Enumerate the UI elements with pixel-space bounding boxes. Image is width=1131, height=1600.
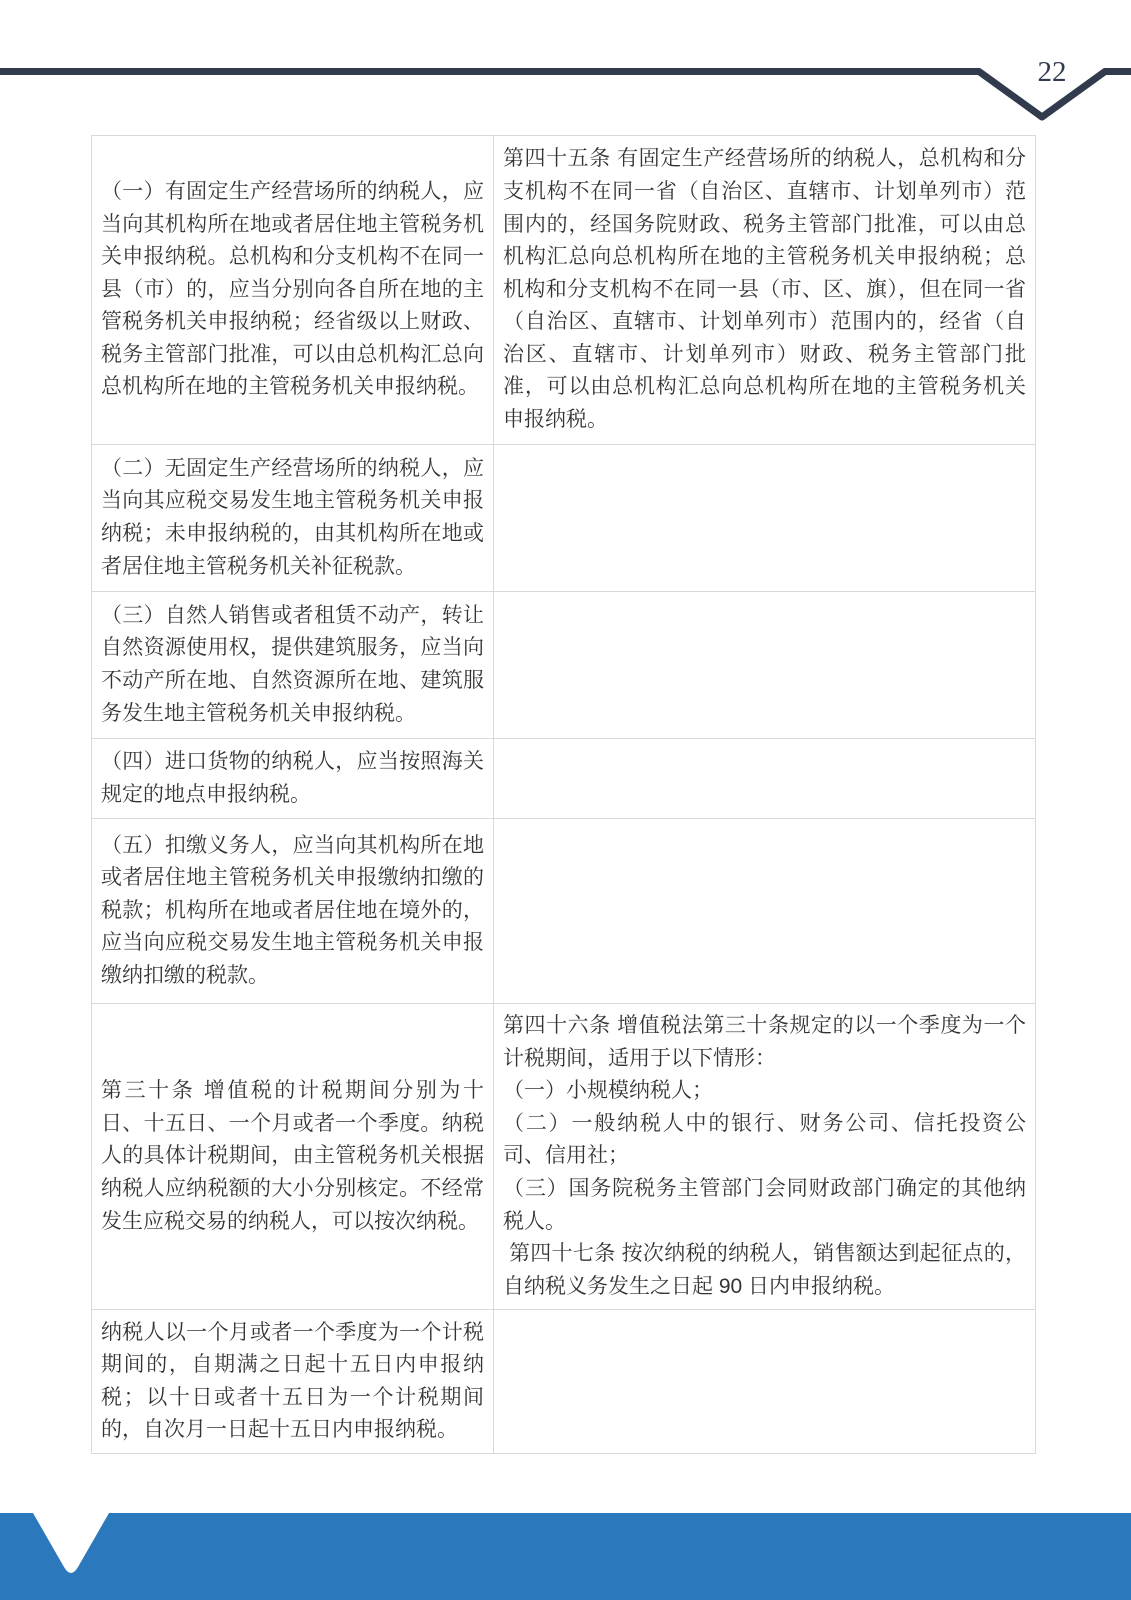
comparison-table: （一）有固定生产经营场所的纳税人，应当向其机构所在地或者居住地主管税务机关申报纳… [91,135,1036,1454]
table-row: （四）进口货物的纳税人，应当按照海关规定的地点申报纳税。 [92,739,1036,819]
top-rule-decoration [0,0,1131,135]
right-cell [494,592,1036,739]
left-cell: （三）自然人销售或者租赁不动产，转让自然资源使用权，提供建筑服务，应当向不动产所… [92,592,494,739]
table-row: 纳税人以一个月或者一个季度为一个计税期间的，自期满之日起十五日内申报纳税；以十日… [92,1310,1036,1454]
table-row: 第三十条 增值税的计税期间分别为十日、十五日、一个月或者一个季度。纳税人的具体计… [92,1004,1036,1310]
page-number: 22 [1026,56,1078,88]
right-cell: 第四十五条 有固定生产经营场所的纳税人，总机构和分支机构不在同一省（自治区、直辖… [494,136,1036,445]
table-row: （五）扣缴义务人，应当向其机构所在地或者居住地主管税务机关申报缴纳扣缴的税款；机… [92,819,1036,1004]
clause-text: （三）国务院税务主管部门会同财政部门确定的其他纳税人。 [503,1173,1026,1238]
document-page: 22 （一）有固定生产经营场所的纳税人，应当向其机构所在地或者居住地主管税务机关… [0,0,1131,1600]
left-cell: （二）无固定生产经营场所的纳税人，应当向其应税交易发生地主管税务机关申报纳税；未… [92,445,494,592]
right-cell: 第四十六条 增值税法第三十条规定的以一个季度为一个计税期间，适用于以下情形： （… [494,1004,1036,1310]
left-cell: 第三十条 增值税的计税期间分别为十日、十五日、一个月或者一个季度。纳税人的具体计… [92,1004,494,1310]
right-cell [494,1310,1036,1454]
clause-text: （一）小规模纳税人； [503,1075,1026,1108]
left-cell: （五）扣缴义务人，应当向其机构所在地或者居住地主管税务机关申报缴纳扣缴的税款；机… [92,819,494,1004]
clause-text: 第三十条 增值税的计税期间分别为十日、十五日、一个月或者一个季度。纳税人的具体计… [101,1075,484,1238]
clause-text: （二）无固定生产经营场所的纳税人，应当向其应税交易发生地主管税务机关申报纳税；未… [101,453,484,583]
clause-text: （一）有固定生产经营场所的纳税人，应当向其机构所在地或者居住地主管税务机关申报纳… [101,176,484,404]
table-row: （二）无固定生产经营场所的纳税人，应当向其应税交易发生地主管税务机关申报纳税；未… [92,445,1036,592]
clause-text: （五）扣缴义务人，应当向其机构所在地或者居住地主管税务机关申报缴纳扣缴的税款；机… [101,830,484,993]
clause-text: 纳税人以一个月或者一个季度为一个计税期间的，自期满之日起十五日内申报纳税；以十日… [101,1317,484,1447]
clause-text: 第四十五条 有固定生产经营场所的纳税人，总机构和分支机构不在同一省（自治区、直辖… [503,143,1026,436]
bottom-band-decoration [0,1505,1131,1600]
table-row: （一）有固定生产经营场所的纳税人，应当向其机构所在地或者居住地主管税务机关申报纳… [92,136,1036,445]
clause-text: （三）自然人销售或者租赁不动产，转让自然资源使用权，提供建筑服务，应当向不动产所… [101,600,484,730]
left-cell: 纳税人以一个月或者一个季度为一个计税期间的，自期满之日起十五日内申报纳税；以十日… [92,1310,494,1454]
table-row: （三）自然人销售或者租赁不动产，转让自然资源使用权，提供建筑服务，应当向不动产所… [92,592,1036,739]
clause-text: （四）进口货物的纳税人，应当按照海关规定的地点申报纳税。 [101,746,484,811]
right-cell [494,445,1036,592]
clause-text: 第四十六条 增值税法第三十条规定的以一个季度为一个计税期间，适用于以下情形： [503,1010,1026,1075]
right-cell [494,819,1036,1004]
clause-text: （二）一般纳税人中的银行、财务公司、信托投资公司、信用社； [503,1108,1026,1173]
clause-text: 第四十七条 按次纳税的纳税人，销售额达到起征点的，自纳税义务发生之日起 90 日… [503,1238,1026,1303]
right-cell [494,739,1036,819]
left-cell: （一）有固定生产经营场所的纳税人，应当向其机构所在地或者居住地主管税务机关申报纳… [92,136,494,445]
left-cell: （四）进口货物的纳税人，应当按照海关规定的地点申报纳税。 [92,739,494,819]
